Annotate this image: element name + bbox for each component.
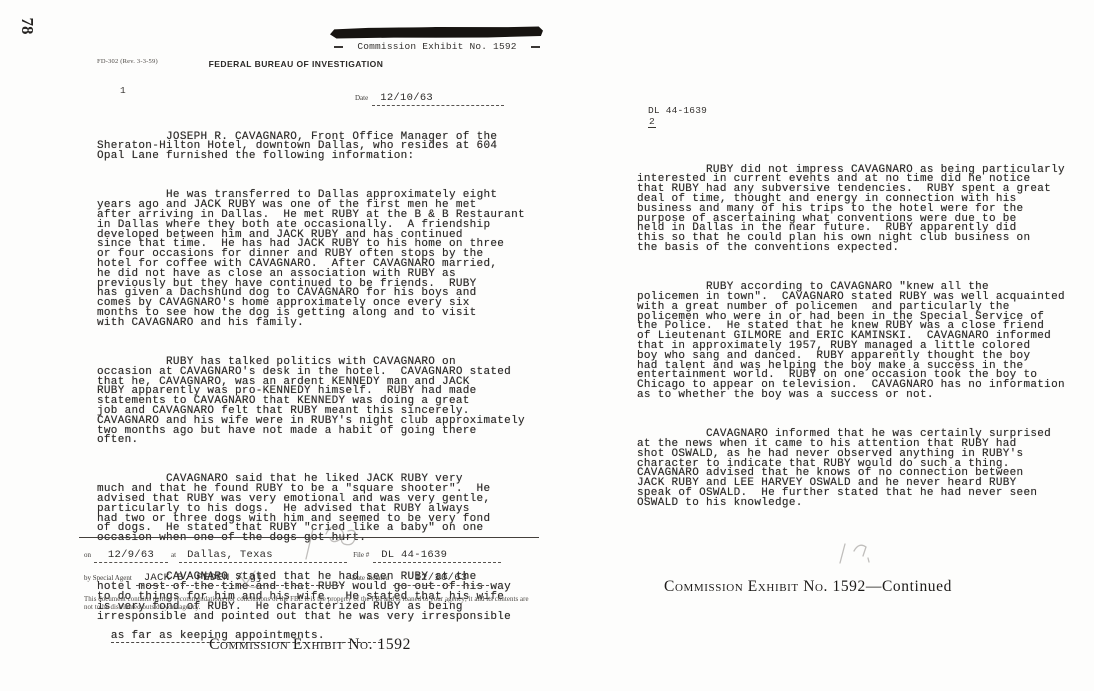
interview-date-value: 12/9/63 xyxy=(94,549,168,563)
paragraph: RUBY according to CAVAGNARO "knew all th… xyxy=(637,283,1081,401)
paragraph: He was transferred to Dallas approximate… xyxy=(97,191,541,328)
form-footer-row-2: by Special Agent JACK B. PEDEN / gj Date… xyxy=(84,572,536,586)
pencil-mark xyxy=(237,569,265,589)
paragraph: JOSEPH R. CAVAGNARO, Front Office Manage… xyxy=(97,133,541,162)
paragraph: RUBY did not impress CAVAGNARO as being … xyxy=(637,166,1081,254)
scanned-document-spread: { "margin_number": "78", "stamp_label": … xyxy=(0,0,1094,691)
on-label: on xyxy=(84,551,91,559)
date-dictated-value: 12/10/63 xyxy=(393,572,489,586)
paragraph: CAVAGNARO informed that he was certainly… xyxy=(637,430,1081,508)
stamp-dash-right-icon xyxy=(531,46,540,48)
pencil-mark xyxy=(832,540,874,566)
date-label: Date xyxy=(355,94,368,102)
date-field: Date 12/10/63 xyxy=(355,92,504,106)
stamp-dash-left-icon xyxy=(334,46,343,48)
page-number-left: 1 xyxy=(120,85,126,96)
exhibit-caption-page2: Commission Exhibit No. 1592—Continued xyxy=(608,578,1008,596)
date-dictated-label: Date dictated xyxy=(352,574,389,582)
special-agent-label: by Special Agent xyxy=(84,574,132,582)
exhibit-stamp-label: Commission Exhibit No. 1592 xyxy=(357,41,516,52)
exhibit-caption-main: Commission Exhibit No. 1592 xyxy=(664,578,866,595)
date-value: 12/10/63 xyxy=(372,92,504,106)
page-number-right: 2 xyxy=(648,116,656,128)
paragraph: RUBY has talked politics with CAVAGNARO … xyxy=(97,358,541,446)
report-body-page2: RUBY did not impress CAVAGNARO as being … xyxy=(637,146,1081,518)
file-number-header: DL 44-1639 xyxy=(648,105,707,116)
exhibit-caption-suffix: —Continued xyxy=(866,578,952,595)
book-page-number: 78 xyxy=(17,9,37,43)
form-disclaimer: This document contains neither recommend… xyxy=(84,596,536,612)
exhibit-caption-page1: Commission Exhibit No. 1592 xyxy=(80,636,540,654)
exhibit-stamp: Commission Exhibit No. 1592 xyxy=(334,41,540,52)
at-label: at xyxy=(171,551,176,559)
redaction-bar xyxy=(330,26,543,38)
pencil-mark xyxy=(296,520,368,564)
file-number-value: DL 44-1639 xyxy=(373,549,501,563)
agency-header: FEDERAL BUREAU OF INVESTIGATION xyxy=(80,59,512,69)
